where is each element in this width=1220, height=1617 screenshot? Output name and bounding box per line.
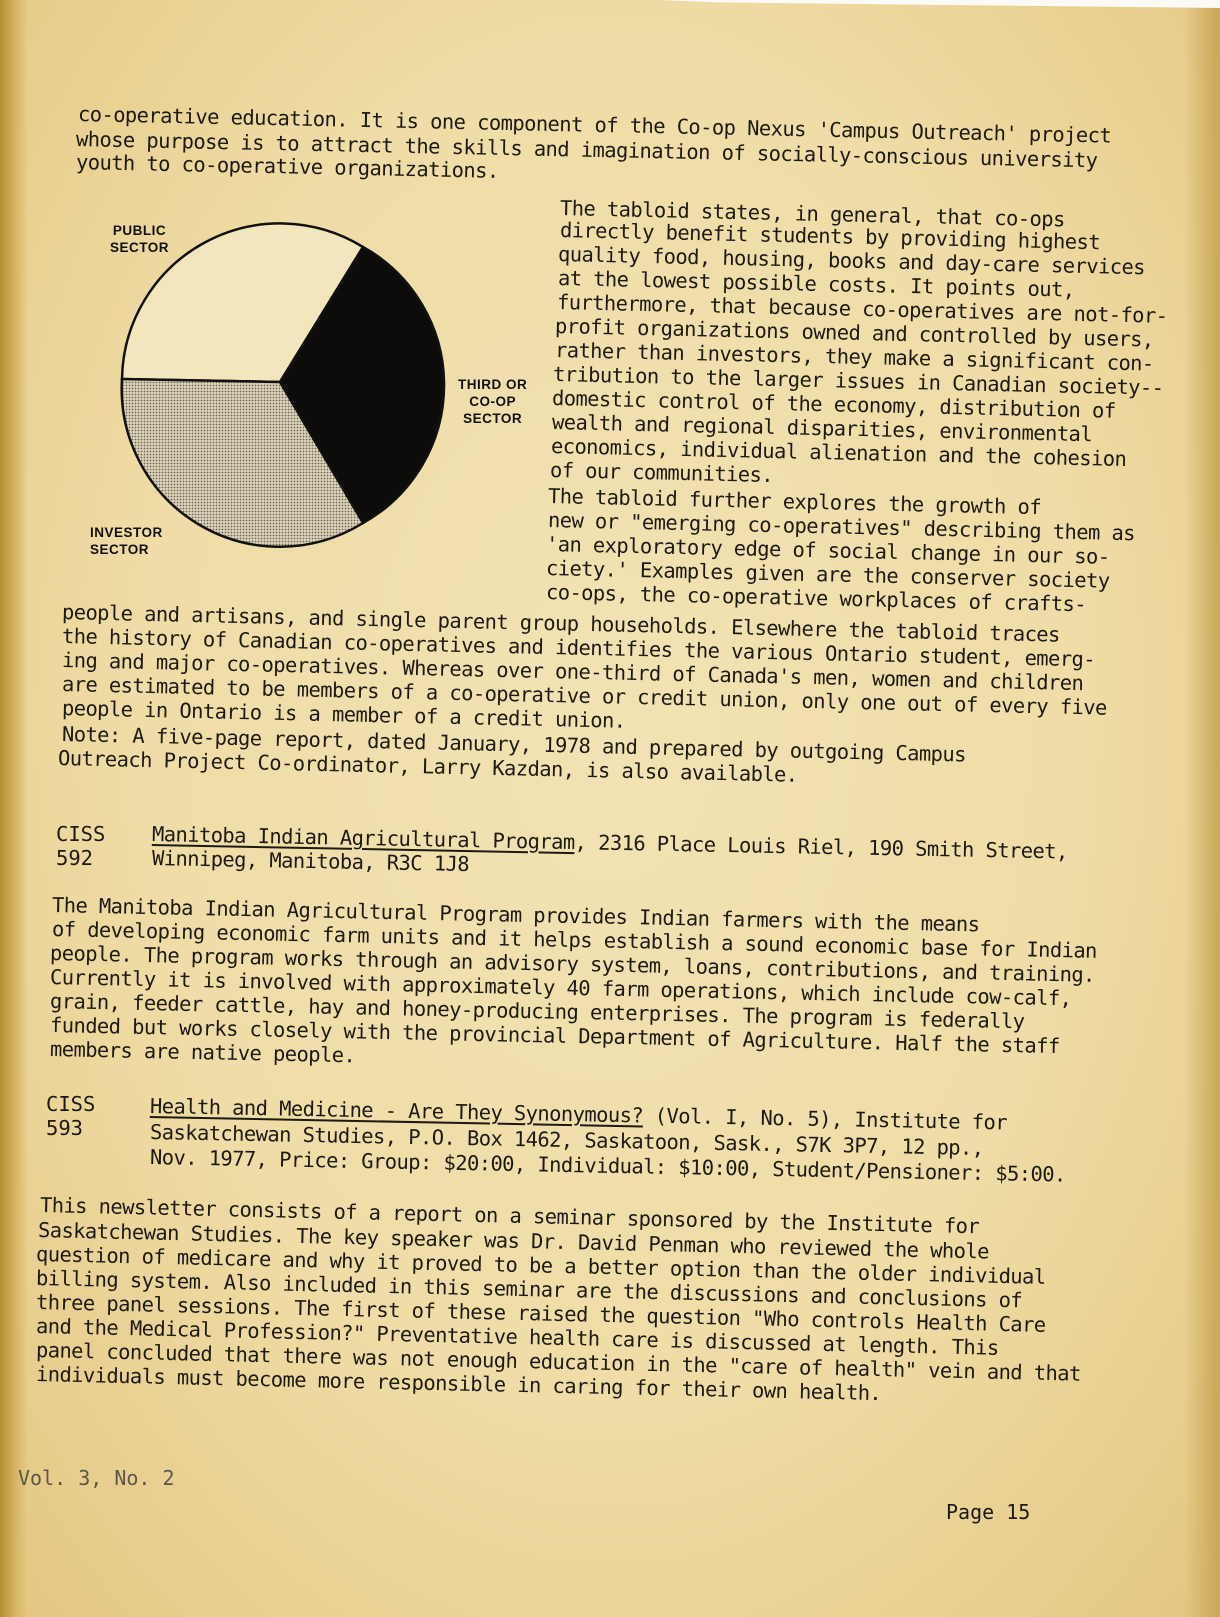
- pie-label-third-sector: THIRD OR CO-OP SECTOR: [458, 376, 527, 427]
- text-line: members are native people.: [50, 1037, 356, 1067]
- page-top-edge: [660, 0, 1220, 8]
- sector-pie-chart: [110, 222, 450, 562]
- page-number: Page 15: [946, 1500, 1030, 1524]
- volume-label: Vol. 3, No. 2: [18, 1466, 175, 1490]
- newsletter-page: co-operative education. It is one compon…: [0, 0, 1220, 1617]
- page-edge-shadow-left: [0, 0, 28, 1617]
- pie-label-investor: INVESTOR SECTOR: [90, 524, 163, 558]
- entry-code: CISS 592: [56, 822, 105, 870]
- pie-label-public: PUBLIC SECTOR: [110, 222, 169, 256]
- page-edge-shadow-right: [1184, 0, 1220, 1617]
- entry-code: CISS 593: [46, 1092, 95, 1140]
- text-line: of our communities.: [550, 458, 774, 487]
- entry-address-line: Winnipeg, Manitoba, R3C 1J8: [152, 846, 469, 876]
- pie-chart-graphic: [110, 222, 450, 562]
